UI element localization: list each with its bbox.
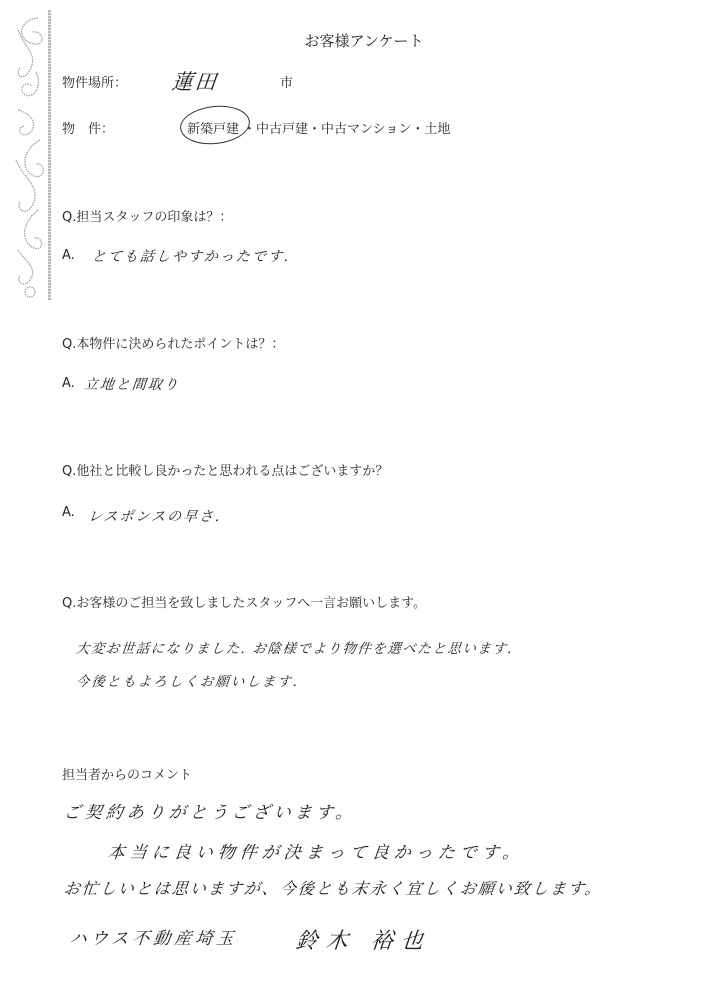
staff-comment-line-1: ご契約ありがとうございます。 — [63, 798, 358, 823]
signature-name: 鈴木 裕也 — [294, 924, 432, 955]
property-type-label: 物 件： — [62, 118, 114, 137]
signature-company: ハウス不動産埼玉 — [69, 924, 239, 949]
property-location-handwritten: 蓮田 — [170, 66, 219, 96]
answer-2-prefix: A. — [62, 376, 75, 391]
answer-4-line-1: 大変お世話になりました. お陰様でより物件を選べたと思います. — [75, 637, 514, 657]
question-1: Q.担当スタッフの印象は？： — [62, 206, 232, 225]
border-divider — [48, 10, 51, 300]
staff-comment-line-2: 本当に良い物件が決まって良かったです。 — [107, 838, 526, 863]
question-2: Q.本物件に決められたポイントは？： — [62, 333, 284, 352]
answer-1-prefix: A. — [62, 248, 75, 263]
question-4: Q.お客様のご担当を致しましたスタッフへ一言お願いします。 — [62, 592, 426, 611]
question-3: Q.他社と比較し良かったと思われる点はございますか？ — [62, 460, 388, 479]
answer-3-prefix: A. — [62, 505, 75, 520]
answer-2-handwritten: 立地と間取り — [83, 374, 181, 394]
property-location-suffix: 市 — [280, 72, 293, 91]
answer-4-line-2: 今後ともよろしくお願いします. — [75, 670, 300, 690]
decorative-scroll-border-icon — [8, 10, 48, 300]
staff-comment-label: 担当者からのコメント — [62, 764, 192, 783]
survey-title: お客様アンケート — [0, 30, 708, 51]
property-type-other-options: ・中古戸建・中古マンション・土地 — [243, 118, 450, 137]
answer-1-handwritten: とても話しやすかったです. — [91, 246, 292, 266]
property-type-option-selected: 新築戸建 — [187, 118, 239, 137]
property-location-label: 物件場所： — [62, 72, 127, 91]
answer-3-handwritten: レスポンスの早さ. — [87, 506, 223, 526]
staff-comment-line-3: お忙しいとは思いますが、今後とも末永く宜しくお願い致します。 — [63, 876, 604, 899]
